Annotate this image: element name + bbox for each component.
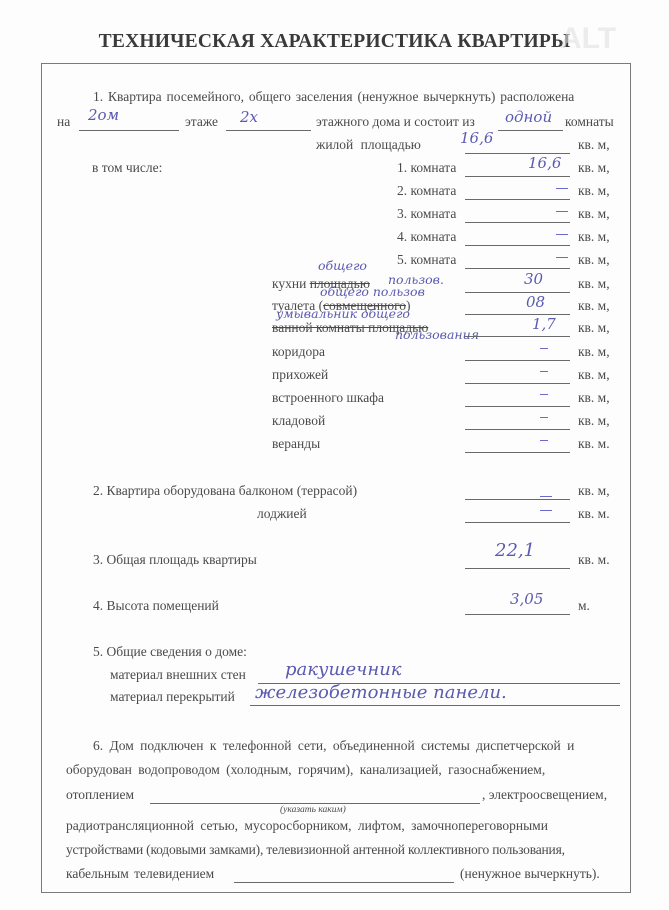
loggia-label: лоджией [257, 506, 307, 522]
area-line[interactable] [465, 406, 570, 407]
floor-prefix: на [57, 114, 70, 130]
room-area-dash [556, 257, 568, 258]
area-dash [540, 371, 548, 372]
kitchen-line[interactable] [465, 292, 570, 293]
balcony-unit: кв. м, [578, 483, 610, 499]
bathroom-unit: кв. м, [578, 320, 610, 336]
area-line[interactable] [465, 360, 570, 361]
room-area-line[interactable] [465, 199, 570, 200]
floor-line[interactable] [79, 130, 179, 131]
area-unit: кв. м, [578, 344, 610, 360]
storeys-label: этажного дома и состоит из [316, 114, 475, 130]
height-unit: м. [578, 598, 590, 614]
including-label: в том числе: [92, 160, 162, 176]
utilities-line4: радиотрансляционной сетью, мусоросборник… [66, 818, 548, 834]
area-unit: кв. м. [578, 436, 610, 452]
rooms-line[interactable] [498, 130, 563, 131]
floor-value: 2ом [88, 106, 119, 124]
utilities-line1: 6. Дом подключен к телефонной сети, объе… [93, 738, 574, 754]
bathroom-value: 1,7 [532, 315, 556, 333]
living-area-label: жилой площадью [316, 137, 421, 153]
height-line[interactable] [465, 614, 570, 615]
area-unit: кв. м, [578, 413, 610, 429]
room-area-unit: кв. м, [578, 206, 610, 222]
area-line[interactable] [465, 452, 570, 453]
room-label: 5. комната [397, 252, 456, 268]
cable-label: кабельным телевидением [66, 866, 214, 882]
area-label: кладовой [272, 413, 325, 429]
total-area-value: 22,1 [495, 540, 535, 561]
balcony-line[interactable] [465, 499, 570, 500]
storeys-value: 2х [240, 108, 258, 126]
balcony-value [540, 496, 552, 497]
cable-line[interactable] [234, 882, 454, 883]
room-area-dash [556, 234, 568, 235]
area-dash [540, 348, 548, 349]
heating-hint: (указать каким) [280, 805, 346, 815]
rooms-value: одной [505, 108, 552, 126]
area-label: коридора [272, 344, 325, 360]
heating-line[interactable] [150, 803, 480, 804]
heating-end: , электроосвещением, [482, 787, 607, 803]
cable-end: (ненужное вычеркнуть). [460, 866, 600, 882]
area-unit: кв. м, [578, 390, 610, 406]
heating-label: отоплением [66, 787, 134, 803]
floors-value: железобетонные панели. [255, 682, 507, 703]
watermark: ALT [560, 22, 616, 56]
room-area-unit: кв. м, [578, 229, 610, 245]
balcony-label: 2. Квартира оборудована балконом (террас… [93, 483, 357, 499]
height-value: 3,05 [510, 590, 543, 608]
room-label: 1. комната [397, 160, 456, 176]
total-area-label: 3. Общая площадь квартиры [93, 552, 257, 568]
floors-label: материал перекрытий [110, 689, 235, 705]
room-area-value: 16,6 [528, 154, 561, 172]
area-dash [540, 440, 548, 441]
utilities-line5: устройствами (кодовыми замками), телевиз… [66, 842, 565, 858]
walls-value: ракушечник [285, 659, 402, 680]
floor-label: этаже [185, 114, 218, 130]
bathroom-note-bottom: пользования [395, 327, 479, 342]
living-area-unit: кв. м, [578, 137, 610, 153]
toilet-note-top: общего пользов [320, 284, 425, 299]
room-area-unit: кв. м, [578, 183, 610, 199]
area-label: прихожей [272, 367, 328, 383]
room-label: 2. комната [397, 183, 456, 199]
total-area-unit: кв. м. [578, 552, 610, 568]
storeys-line[interactable] [226, 130, 311, 131]
toilet-unit: кв. м, [578, 298, 610, 314]
room-area-line[interactable] [465, 176, 570, 177]
kitchen-note-top: общего [318, 258, 367, 273]
room-area-unit: кв. м, [578, 160, 610, 176]
area-unit: кв. м, [578, 367, 610, 383]
room-area-unit: кв. м, [578, 252, 610, 268]
walls-label: материал внешних стен [110, 667, 246, 683]
room-area-line[interactable] [465, 245, 570, 246]
room-area-line[interactable] [465, 268, 570, 269]
utilities-line2: оборудован водопроводом (холодным, горяч… [66, 762, 545, 778]
room-area-dash [556, 211, 568, 212]
room-area-line[interactable] [465, 222, 570, 223]
area-dash [540, 394, 548, 395]
height-label: 4. Высота помещений [93, 598, 219, 614]
area-dash [540, 417, 548, 418]
room-area-dash [556, 188, 568, 189]
house-info-label: 5. Общие сведения о доме: [93, 644, 247, 660]
total-area-line[interactable] [465, 568, 570, 569]
loggia-unit: кв. м. [578, 506, 610, 522]
loggia-value [540, 510, 552, 511]
room-label: 3. комната [397, 206, 456, 222]
kitchen-unit: кв. м, [578, 276, 610, 292]
floors-line[interactable] [250, 705, 620, 706]
area-line[interactable] [465, 383, 570, 384]
loggia-line[interactable] [465, 522, 570, 523]
area-label: веранды [272, 436, 320, 452]
room-label: 4. комната [397, 229, 456, 245]
section1-intro: 1. Квартира посемейного, общего заселени… [93, 89, 574, 105]
kitchen-value: 30 [524, 270, 543, 288]
toilet-value: 08 [526, 293, 545, 311]
bathroom-line[interactable] [465, 336, 570, 337]
area-label: встроенного шкафа [272, 390, 384, 406]
area-line[interactable] [465, 429, 570, 430]
bathroom-note-top: умывальник общего [276, 306, 410, 321]
rooms-label: комнаты [565, 114, 614, 130]
living-area-value: 16,6 [460, 129, 493, 147]
